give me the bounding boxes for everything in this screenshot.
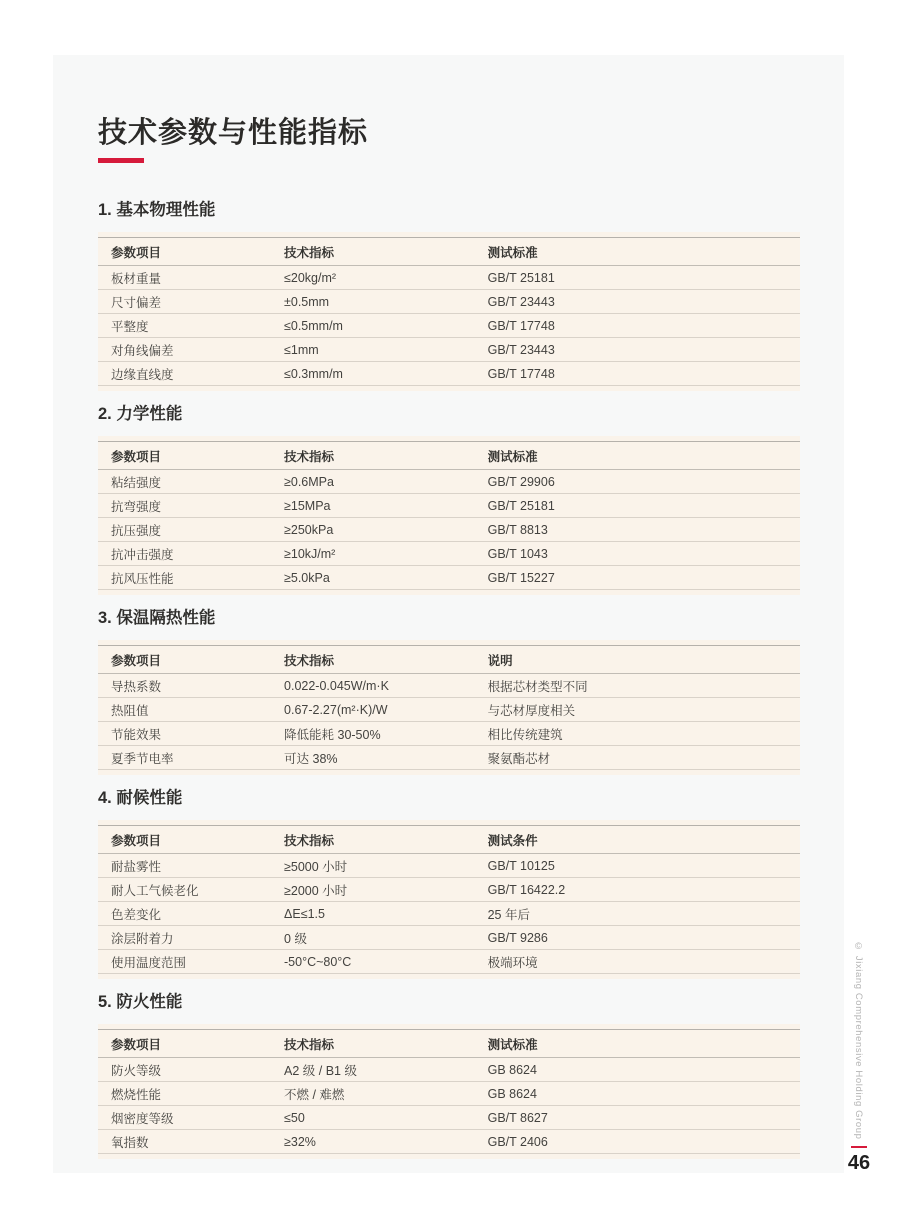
spec-value-cell: 0 级 — [284, 929, 488, 947]
param-name-cell: 氧指数 — [98, 1133, 284, 1151]
param-name-cell: 板材重量 — [98, 269, 284, 287]
column-header: 技术指标 — [284, 243, 488, 261]
column-header: 测试标准 — [488, 243, 800, 261]
spec-value-cell: ≥2000 小时 — [284, 881, 488, 899]
column-header: 技术指标 — [284, 831, 488, 849]
table-row: 抗弯强度≥15MPaGB/T 25181 — [98, 494, 800, 518]
param-name-cell: 色差变化 — [98, 905, 284, 923]
spec-value-cell: ≥32% — [284, 1135, 488, 1149]
standard-cell: 聚氨酯芯材 — [488, 749, 800, 767]
spec-value-cell: ≥5000 小时 — [284, 857, 488, 875]
spec-value-cell: -50°C~80°C — [284, 955, 488, 969]
table-row: 抗风压性能≥5.0kPaGB/T 15227 — [98, 566, 800, 590]
table-header-row: 参数项目技术指标测试标准 — [98, 1029, 800, 1058]
param-name-cell: 对角线偏差 — [98, 341, 284, 359]
spec-value-cell: ≥250kPa — [284, 523, 488, 537]
spec-value-cell: ≤0.5mm/m — [284, 319, 488, 333]
table-row: 板材重量≤20kg/m²GB/T 25181 — [98, 266, 800, 290]
standard-cell: GB/T 16422.2 — [488, 883, 800, 897]
section-heading: 5. 防火性能 — [98, 992, 800, 1012]
table-row: 氧指数≥32%GB/T 2406 — [98, 1130, 800, 1154]
spec-value-cell: 降低能耗 30-50% — [284, 725, 488, 743]
spec-value-cell: ≥0.6MPa — [284, 475, 488, 489]
spec-value-cell: ≥5.0kPa — [284, 571, 488, 585]
column-header: 测试条件 — [488, 831, 800, 849]
table-row: 燃烧性能不燃 / 难燃GB 8624 — [98, 1082, 800, 1106]
standard-cell: 根据芯材类型不同 — [488, 677, 800, 695]
column-header: 技术指标 — [284, 651, 488, 669]
standard-cell: GB/T 17748 — [488, 319, 800, 333]
spec-value-cell: 0.022-0.045W/m·K — [284, 679, 488, 693]
spec-value-cell: ≤50 — [284, 1111, 488, 1125]
spec-value-cell: ≤1mm — [284, 343, 488, 357]
spec-value-cell: ≥10kJ/m² — [284, 547, 488, 561]
table-row: 节能效果降低能耗 30-50%相比传统建筑 — [98, 722, 800, 746]
standard-cell: GB 8624 — [488, 1063, 800, 1077]
spec-value-cell: ΔE≤1.5 — [284, 907, 488, 921]
standard-cell: 相比传统建筑 — [488, 725, 800, 743]
column-header: 参数项目 — [98, 243, 284, 261]
standard-cell: GB/T 25181 — [488, 499, 800, 513]
param-name-cell: 粘结强度 — [98, 473, 284, 491]
page-number: 46 — [845, 1152, 873, 1174]
spec-section: 4. 耐候性能 参数项目技术指标测试条件 耐盐雾性≥5000 小时GB/T 10… — [98, 788, 800, 979]
table-row: 耐人工气候老化≥2000 小时GB/T 16422.2 — [98, 878, 800, 902]
column-header: 测试标准 — [488, 1035, 800, 1053]
standard-cell: GB 8624 — [488, 1087, 800, 1101]
table-header-row: 参数项目技术指标测试标准 — [98, 441, 800, 470]
column-header: 技术指标 — [284, 1035, 488, 1053]
standard-cell: GB/T 9286 — [488, 931, 800, 945]
param-name-cell: 燃烧性能 — [98, 1085, 284, 1103]
spec-value-cell: 0.67-2.27(m²·K)/W — [284, 703, 488, 717]
param-name-cell: 抗冲击强度 — [98, 545, 284, 563]
spec-section: 5. 防火性能 参数项目技术指标测试标准 防火等级A2 级 / B1 级GB 8… — [98, 992, 800, 1159]
column-header: 参数项目 — [98, 651, 284, 669]
table-row: 色差变化ΔE≤1.525 年后 — [98, 902, 800, 926]
section-heading: 3. 保温隔热性能 — [98, 608, 800, 628]
table-row: 尺寸偏差±0.5mmGB/T 23443 — [98, 290, 800, 314]
data-table: 参数项目技术指标测试标准 防火等级A2 级 / B1 级GB 8624燃烧性能不… — [98, 1024, 800, 1159]
column-header: 参数项目 — [98, 447, 284, 465]
param-name-cell: 耐盐雾性 — [98, 857, 284, 875]
standard-cell: 极端环境 — [488, 953, 800, 971]
table-row: 夏季节电率可达 38%聚氨酯芯材 — [98, 746, 800, 770]
standard-cell: GB/T 25181 — [488, 271, 800, 285]
table-row: 抗压强度≥250kPaGB/T 8813 — [98, 518, 800, 542]
table-row: 涂层附着力0 级GB/T 9286 — [98, 926, 800, 950]
page-number-accent-rule — [851, 1146, 867, 1148]
standard-cell: GB/T 1043 — [488, 547, 800, 561]
standard-cell: GB/T 8813 — [488, 523, 800, 537]
page-number-block: 46 — [845, 1146, 873, 1174]
column-header: 参数项目 — [98, 1035, 284, 1053]
param-name-cell: 节能效果 — [98, 725, 284, 743]
data-table: 参数项目技术指标说明 导热系数0.022-0.045W/m·K根据芯材类型不同热… — [98, 640, 800, 775]
table-row: 使用温度范围-50°C~80°C极端环境 — [98, 950, 800, 974]
spec-value-cell: ≤20kg/m² — [284, 271, 488, 285]
table-row: 对角线偏差≤1mmGB/T 23443 — [98, 338, 800, 362]
section-heading: 1. 基本物理性能 — [98, 200, 800, 220]
standard-cell: 25 年后 — [488, 905, 800, 923]
table-row: 边缘直线度≤0.3mm/mGB/T 17748 — [98, 362, 800, 386]
param-name-cell: 夏季节电率 — [98, 749, 284, 767]
table-header-row: 参数项目技术指标说明 — [98, 645, 800, 674]
spec-section: 1. 基本物理性能 参数项目技术指标测试标准 板材重量≤20kg/m²GB/T … — [98, 200, 800, 391]
standard-cell: GB/T 23443 — [488, 295, 800, 309]
section-heading: 4. 耐候性能 — [98, 788, 800, 808]
param-name-cell: 使用温度范围 — [98, 953, 284, 971]
spec-value-cell: 可达 38% — [284, 749, 488, 767]
table-row: 烟密度等级≤50GB/T 8627 — [98, 1106, 800, 1130]
section-heading: 2. 力学性能 — [98, 404, 800, 424]
spec-section: 3. 保温隔热性能 参数项目技术指标说明 导热系数0.022-0.045W/m·… — [98, 608, 800, 775]
param-name-cell: 边缘直线度 — [98, 365, 284, 383]
table-header-row: 参数项目技术指标测试标准 — [98, 237, 800, 266]
standard-cell: 与芯材厚度相关 — [488, 701, 800, 719]
standard-cell: GB/T 2406 — [488, 1135, 800, 1149]
data-table: 参数项目技术指标测试标准 粘结强度≥0.6MPaGB/T 29906抗弯强度≥1… — [98, 436, 800, 595]
sections: 1. 基本物理性能 参数项目技术指标测试标准 板材重量≤20kg/m²GB/T … — [98, 200, 800, 1159]
param-name-cell: 抗弯强度 — [98, 497, 284, 515]
table-row: 抗冲击强度≥10kJ/m²GB/T 1043 — [98, 542, 800, 566]
table-row: 平整度≤0.5mm/mGB/T 17748 — [98, 314, 800, 338]
data-table: 参数项目技术指标测试标准 板材重量≤20kg/m²GB/T 25181尺寸偏差±… — [98, 232, 800, 391]
column-header: 技术指标 — [284, 447, 488, 465]
title-accent-underline — [98, 158, 144, 163]
param-name-cell: 防火等级 — [98, 1061, 284, 1079]
spec-value-cell: ≥15MPa — [284, 499, 488, 513]
table-row: 防火等级A2 级 / B1 级GB 8624 — [98, 1058, 800, 1082]
column-header: 测试标准 — [488, 447, 800, 465]
standard-cell: GB/T 15227 — [488, 571, 800, 585]
param-name-cell: 抗风压性能 — [98, 569, 284, 587]
column-header: 参数项目 — [98, 831, 284, 849]
page-title: 技术参数与性能指标 — [98, 118, 800, 149]
copyright-side-note: © Jixiang Comprehensive Holding Group — [853, 941, 864, 1146]
param-name-cell: 尺寸偏差 — [98, 293, 284, 311]
standard-cell: GB/T 23443 — [488, 343, 800, 357]
param-name-cell: 热阻值 — [98, 701, 284, 719]
table-row: 粘结强度≥0.6MPaGB/T 29906 — [98, 470, 800, 494]
spec-value-cell: 不燃 / 难燃 — [284, 1085, 488, 1103]
page-content: 技术参数与性能指标 1. 基本物理性能 参数项目技术指标测试标准 板材重量≤20… — [53, 55, 844, 1159]
standard-cell: GB/T 8627 — [488, 1111, 800, 1125]
table-row: 耐盐雾性≥5000 小时GB/T 10125 — [98, 854, 800, 878]
param-name-cell: 抗压强度 — [98, 521, 284, 539]
standard-cell: GB/T 29906 — [488, 475, 800, 489]
spec-section: 2. 力学性能 参数项目技术指标测试标准 粘结强度≥0.6MPaGB/T 299… — [98, 404, 800, 595]
param-name-cell: 耐人工气候老化 — [98, 881, 284, 899]
standard-cell: GB/T 10125 — [488, 859, 800, 873]
param-name-cell: 烟密度等级 — [98, 1109, 284, 1127]
standard-cell: GB/T 17748 — [488, 367, 800, 381]
param-name-cell: 涂层附着力 — [98, 929, 284, 947]
table-header-row: 参数项目技术指标测试条件 — [98, 825, 800, 854]
spec-value-cell: A2 级 / B1 级 — [284, 1061, 488, 1079]
document-page-card: 技术参数与性能指标 1. 基本物理性能 参数项目技术指标测试标准 板材重量≤20… — [53, 55, 844, 1173]
param-name-cell: 导热系数 — [98, 677, 284, 695]
param-name-cell: 平整度 — [98, 317, 284, 335]
spec-value-cell: ±0.5mm — [284, 295, 488, 309]
table-row: 导热系数0.022-0.045W/m·K根据芯材类型不同 — [98, 674, 800, 698]
data-table: 参数项目技术指标测试条件 耐盐雾性≥5000 小时GB/T 10125耐人工气候… — [98, 820, 800, 979]
table-row: 热阻值0.67-2.27(m²·K)/W与芯材厚度相关 — [98, 698, 800, 722]
spec-value-cell: ≤0.3mm/m — [284, 367, 488, 381]
column-header: 说明 — [488, 651, 800, 669]
